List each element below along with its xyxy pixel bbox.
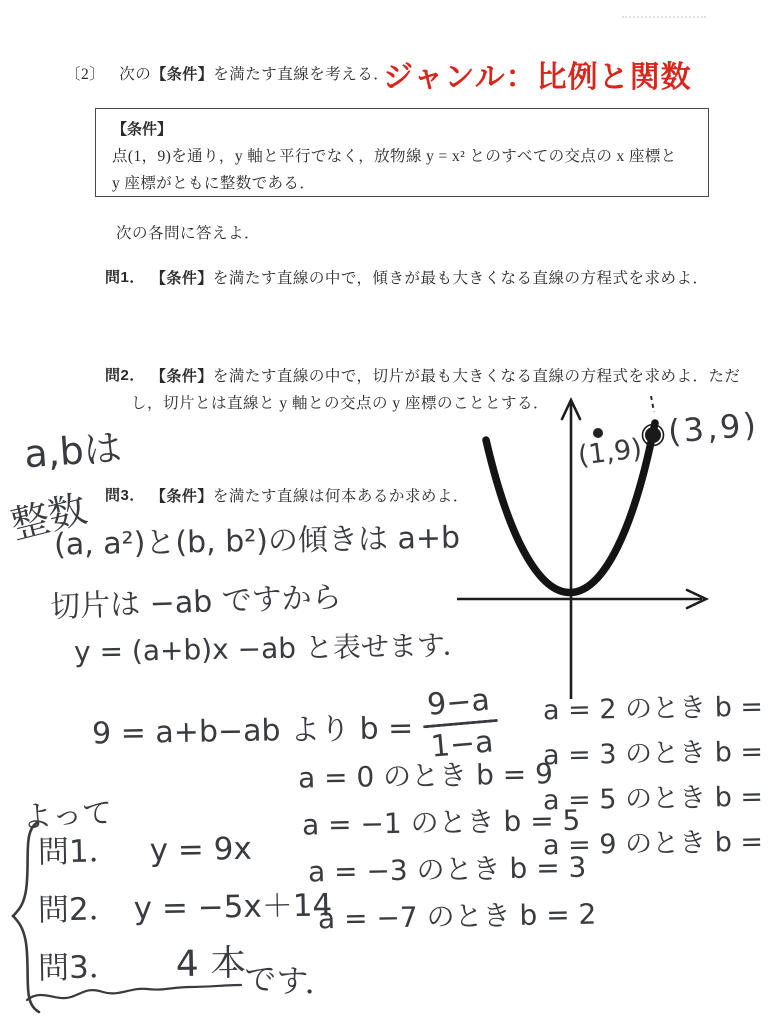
hw-intercept-note: 切片は −ab ですから — [49, 572, 342, 626]
hw-slope-note: (a, a²)と(b, b²)の傾きは a+b — [54, 512, 461, 563]
question-2-text: 【条件】を満たす直線の中で，切片が最も大きくなる直線の方程式を求めよ．ただ — [151, 364, 741, 386]
parabola-sketch: (1,9) (3,9) — [440, 393, 770, 705]
instruction-text: 次の各問に答えよ． — [116, 221, 260, 243]
problem-intro: 次の【条件】を満たす直線を考える． — [119, 62, 389, 84]
hw-case-a2: a = 2 のとき b = −7 — [543, 684, 772, 734]
hw-answer-2: 問2． y = −5x＋14 — [38, 879, 333, 938]
hw-case-a3: a = 3 のとき b = −3 — [543, 729, 772, 779]
hw-case-a-7: a = −7 のとき b = 2 — [318, 891, 597, 943]
answer-underline-icon — [24, 980, 246, 1006]
problem-header: 〔2〕 次の【条件】を満たす直線を考える． — [65, 62, 389, 84]
problem-number: 〔2〕 — [65, 62, 105, 84]
question-3-label: 問3． — [105, 484, 145, 506]
hw-case-a5: a = 5 のとき b = −1 — [543, 774, 772, 824]
scan-artifact-dots — [622, 16, 706, 18]
hw-cases-right: a = 2 のとき b = −7 a = 3 のとき b = −3 a = 5 … — [543, 686, 772, 866]
question-3-text: 【条件】を満たす直線は何本あるか求めよ． — [151, 484, 469, 506]
question-1-label: 問1． — [105, 266, 145, 288]
question-2: 問2． 【条件】を満たす直線の中で，切片が最も大きくなる直線の方程式を求めよ．た… — [105, 364, 741, 386]
hw-margin-note-ab: a,bは — [22, 417, 123, 479]
hw-derivation-text: 9 = a+b−ab より b = — [92, 702, 414, 752]
point-3-9-label: (3,9) — [667, 405, 761, 451]
question-1-text: 【条件】を満たす直線の中で，傾きが最も大きくなる直線の方程式を求めよ． — [151, 266, 709, 288]
hw-answer-1-value: y = 9x — [149, 831, 252, 869]
hw-answer-2-label: 問2． — [38, 883, 121, 929]
worksheet-page: 〔2〕 次の【条件】を満たす直線を考える． ジャンル：比例と関数 【条件】 点(… — [0, 0, 772, 1024]
genre-label: ジャンル：比例と関数 — [383, 52, 692, 96]
hw-equation-note: y = (a+b)x −ab と表せます． — [74, 624, 471, 671]
condition-box-title: 【条件】 — [112, 118, 692, 139]
condition-line-2: y 座標がともに整数である． — [112, 170, 692, 197]
condition-box: 【条件】 点(1，9)を通り，y 軸と平行でなく，放物線 y = x² とのすべ… — [95, 108, 709, 197]
condition-line-1: 点(1，9)を通り，y 軸と平行でなく，放物線 y = x² とのすべての交点の… — [112, 143, 692, 170]
question-2-label: 問2． — [105, 364, 145, 386]
question-3: 問3． 【条件】を満たす直線は何本あるか求めよ． — [105, 484, 469, 506]
point-3-9-dot — [645, 427, 661, 443]
hw-answer-2-value: y = −5x＋14 — [133, 879, 332, 927]
point2-tick-icon — [651, 396, 654, 412]
hw-closing: です． — [243, 953, 339, 1005]
hw-answer-1-label: 問1． — [38, 825, 121, 871]
hw-answer-1: 問1． y = 9x — [38, 821, 333, 884]
question-1: 問1． 【条件】を満たす直線の中で，傾きが最も大きくなる直線の方程式を求めよ． — [105, 266, 709, 288]
point-1-9-dot — [593, 428, 603, 438]
hw-case-a9: a = 9 のとき b = 0 — [543, 819, 772, 869]
